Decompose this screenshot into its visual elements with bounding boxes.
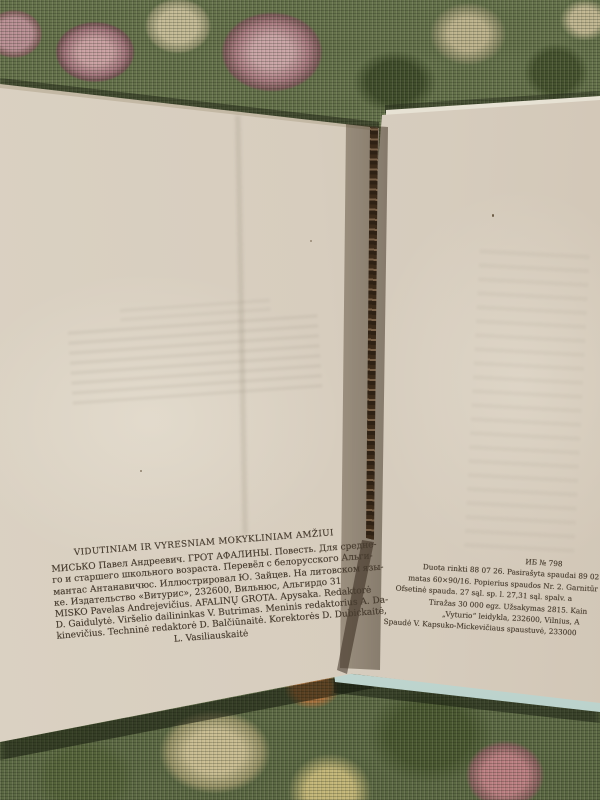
foxing-speck [492,214,494,217]
foxing-speck [310,240,312,242]
showthrough-ghost [464,247,590,552]
foxing-speck [140,470,142,472]
book-photo: VIDUTINIAM IR VYRESNIAM MOKYKLINIAM AMŽI… [0,0,600,800]
